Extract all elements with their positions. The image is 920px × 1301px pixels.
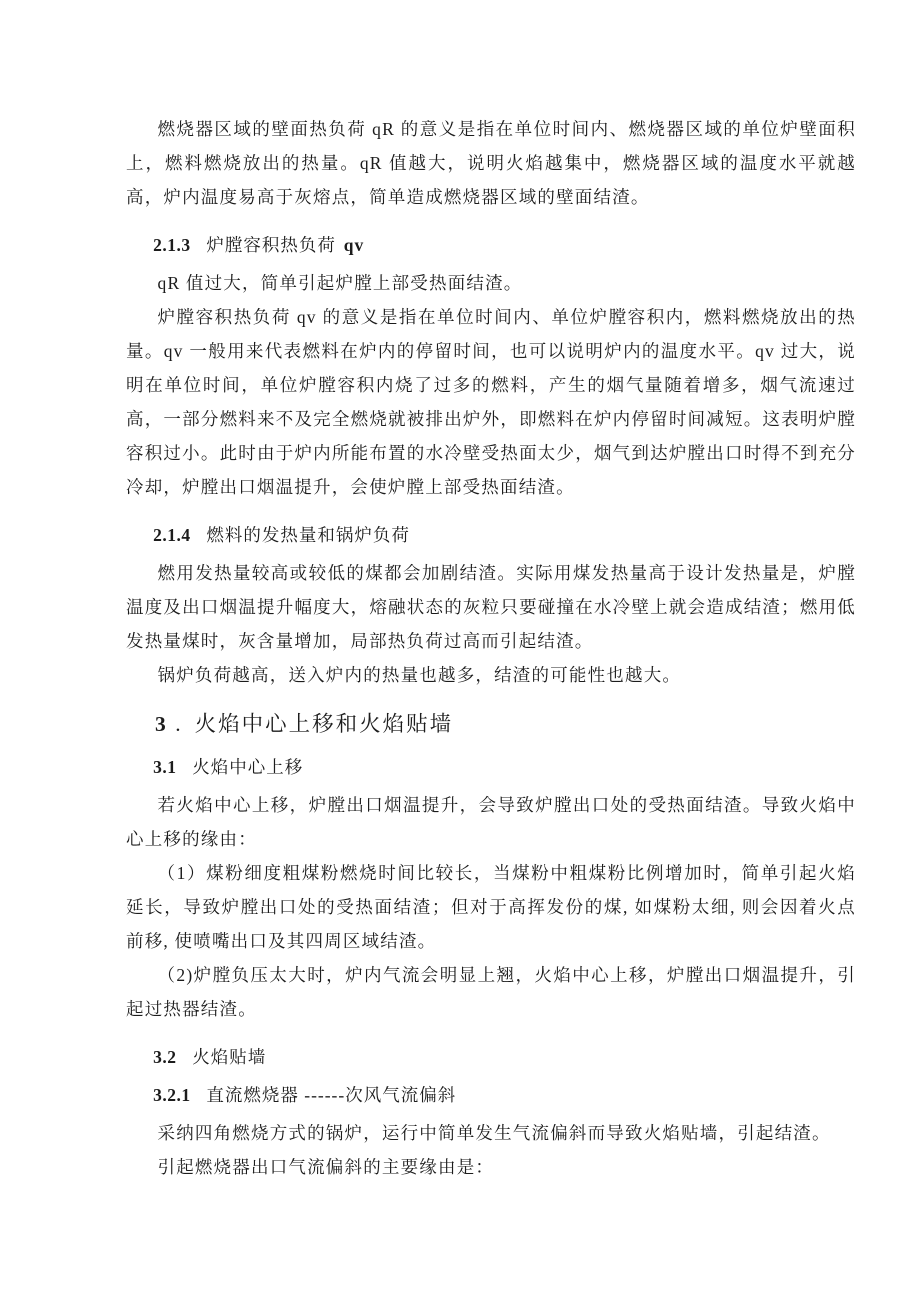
heading-title: 直流燃烧器 ------次风气流偏斜 [206,1085,456,1105]
heading-number: 3.2 [153,1047,176,1067]
heading-separator: . [175,712,182,736]
heading-number: 2.1.4 [153,525,191,545]
heading-number: 2.1.3 [153,235,191,255]
body-paragraph: 燃烧器区域的壁面热负荷 qR 的意义是指在单位时间内、燃烧器区域的单位炉壁面积上… [126,112,856,214]
body-paragraph: 若火焰中心上移，炉膛出口烟温提升，会导致炉膛出口处的受热面结渣。导致火焰中心上移… [126,788,856,856]
heading-title: 炉膛容积热负荷 [206,235,336,255]
document-page: 燃烧器区域的壁面热负荷 qR 的意义是指在单位时间内、燃烧器区域的单位炉壁面积上… [0,0,920,1301]
section-heading-2-1-4: 2.1.4燃料的发热量和锅炉负荷 [126,518,856,552]
body-paragraph: 锅炉负荷越高，送入炉内的热量也越多，结渣的可能性也越大。 [126,658,856,692]
heading-title: 燃料的发热量和锅炉负荷 [206,525,410,545]
heading-number: 3.2.1 [153,1085,191,1105]
body-paragraph: 燃用发热量较高或较低的煤都会加剧结渣。实际用煤发热量高于设计发热量是，炉膛温度及… [126,556,856,658]
heading-number: 3.1 [153,757,176,777]
section-heading-3-2-1: 3.2.1直流燃烧器 ------次风气流偏斜 [126,1078,856,1112]
heading-title: 火焰贴墙 [192,1047,266,1067]
body-paragraph: 炉膛容积热负荷 qv 的意义是指在单位时间内、单位炉膛容积内，燃料燃烧放出的热量… [126,300,856,504]
body-paragraph: 采纳四角燃烧方式的锅炉，运行中简单发生气流偏斜而导致火焰贴墙，引起结渣。 [126,1116,856,1150]
body-paragraph: 引起燃烧器出口气流偏斜的主要缘由是： [126,1150,856,1184]
body-paragraph: （1）煤粉细度粗煤粉燃烧时间比较长，当煤粉中粗煤粉比例增加时，简单引起火焰延长，… [126,856,856,958]
section-heading-3-2: 3.2火焰贴墙 [126,1040,856,1074]
section-heading-2-1-3: 2.1.3炉膛容积热负荷qv [126,228,856,262]
body-paragraph: qR 值过大，简单引起炉膛上部受热面结渣。 [126,266,856,300]
body-paragraph: （2)炉膛负压太大时，炉内气流会明显上翘，火焰中心上移，炉膛出口烟温提升，引起过… [126,958,856,1026]
heading-title: 火焰中心上移 [192,757,303,777]
heading-title: 火焰中心上移和火焰贴墙 [195,712,454,736]
chapter-heading-3: 3.火焰中心上移和火焰贴墙 [126,704,856,744]
heading-symbol: qv [344,235,364,255]
section-heading-3-1: 3.1火焰中心上移 [126,750,856,784]
heading-number: 3 [155,712,166,736]
